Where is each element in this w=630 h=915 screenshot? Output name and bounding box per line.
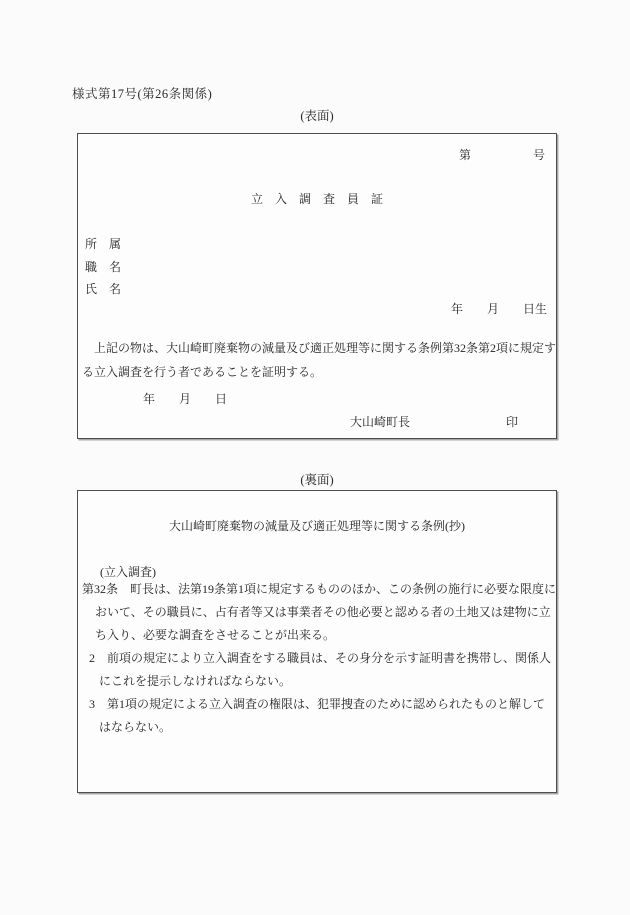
field-affiliation: 所 属: [85, 235, 121, 252]
article-32-paragraph-3: 3 第1項の規定による立入調査の権限は、犯罪捜査のために認められたものと解しては…: [82, 693, 556, 739]
ordinance-title: 大山崎町廃棄物の減量及び適正処理等に関する条例(抄): [78, 517, 556, 534]
card-number-suffix: 号: [533, 146, 545, 163]
issuer-row: 大山崎町長 印: [78, 413, 556, 429]
article-32-paragraph-2: 2 前項の規定により立入調査をする職員は、その身分を示す証明書を携帯し、関係人に…: [82, 647, 556, 693]
field-position: 職 名: [85, 258, 121, 275]
form-number-label: 様式第17号(第26条関係): [72, 84, 212, 102]
certification-text: 上記の物は、大山崎町廃棄物の減量及び適正処理等に関する条例第32条第2項に規定す…: [82, 336, 556, 384]
card-number-prefix: 第: [459, 146, 471, 163]
issue-date-line: 年 月 日: [143, 390, 227, 407]
front-card: 第 号 立 入 調 査 員 証 所 属 職 名 氏 名 年 月 日生 上記の物は…: [77, 133, 557, 439]
issuer-name: 大山崎町長: [350, 413, 410, 430]
field-name: 氏 名: [85, 280, 121, 297]
ordinance-articles: 第32条 町長は、法第19条第1項に規定するもののほか、この条例の施行に必要な限…: [82, 578, 556, 739]
front-side-label: (表面): [77, 106, 557, 124]
article-32-paragraph-1: 第32条 町長は、法第19条第1項に規定するもののほか、この条例の施行に必要な限…: [82, 578, 556, 647]
card-number-line: 第 号: [459, 146, 545, 163]
birthdate-line: 年 月 日生: [451, 300, 547, 317]
back-card: 大山崎町廃棄物の減量及び適正処理等に関する条例(抄) (立入調査) 第32条 町…: [77, 490, 557, 793]
card-title: 立 入 調 査 員 証: [78, 190, 556, 207]
document-page: 様式第17号(第26条関係) (表面) 第 号 立 入 調 査 員 証 所 属 …: [0, 0, 630, 915]
seal-mark: 印: [506, 413, 518, 430]
back-side-label: (裏面): [77, 470, 557, 488]
